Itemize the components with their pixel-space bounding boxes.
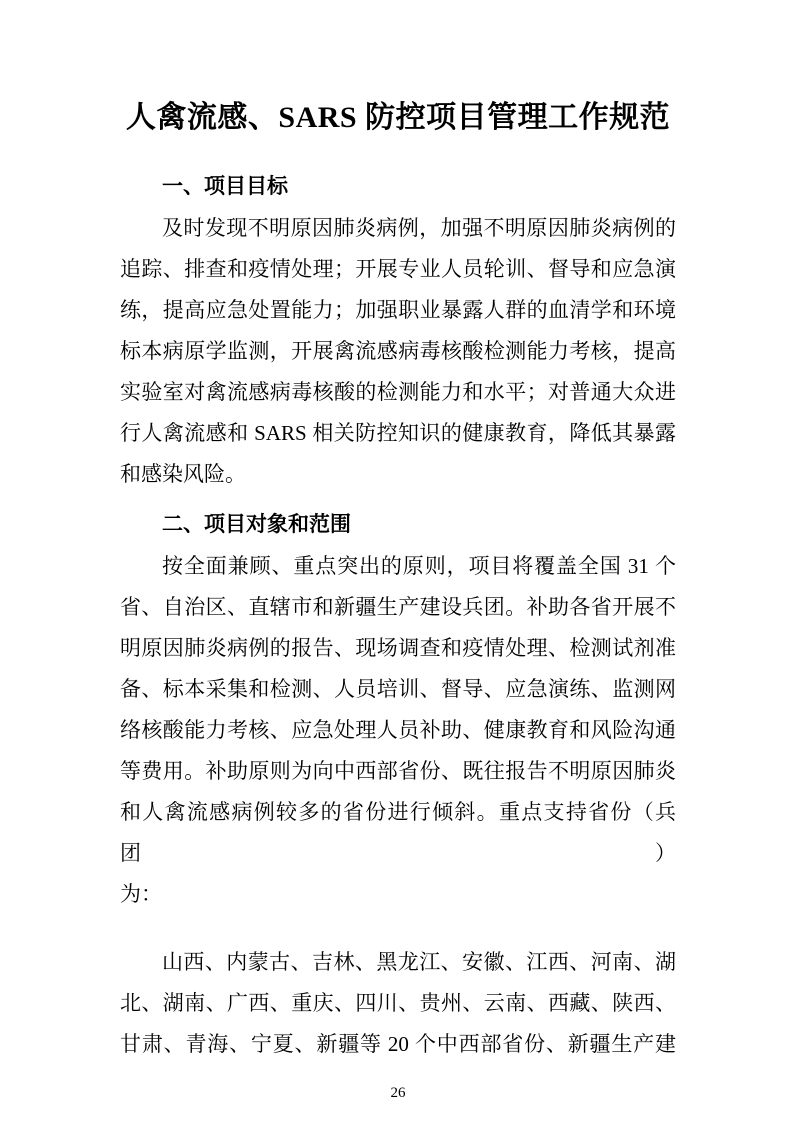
body-line: 行人禽流感和 SARS 相关防控知识的健康教育，降低其暴露 xyxy=(120,413,676,454)
body-line: 省、自治区、直辖市和新疆生产建设兵团。补助各省开展不 xyxy=(120,587,676,628)
document-page: 人禽流感、SARS 防控项目管理工作规范 一、项目目标 及时发现不明原因肺炎病例… xyxy=(0,0,794,1122)
paragraph-project-scope: 按全面兼顾、重点突出的原则，项目将覆盖全国 31 个 省、自治区、直辖市和新疆生… xyxy=(120,546,676,915)
body-line: 追踪、排查和疫情处理；开展专业人员轮训、督导和应急演 xyxy=(120,249,676,290)
body-line: 练，提高应急处置能力；加强职业暴露人群的血清学和环境 xyxy=(120,290,676,331)
body-line: 甘肃、青海、宁夏、新疆等 20 个中西部省份、新疆生产建 xyxy=(120,1024,676,1065)
paragraph-project-goals: 及时发现不明原因肺炎病例，加强不明原因肺炎病例的 追踪、排查和疫情处理；开展专业… xyxy=(120,208,676,495)
body-line: 备、标本采集和检测、人员培训、督导、应急演练、监测网 xyxy=(120,669,676,710)
document-title: 人禽流感、SARS 防控项目管理工作规范 xyxy=(120,96,676,140)
body-line: 北、湖南、广西、重庆、四川、贵州、云南、西藏、陕西、 xyxy=(120,983,676,1024)
body-line: 实验室对禽流感病毒核酸的检测能力和水平；对普通大众进 xyxy=(120,372,676,413)
body-line: 山西、内蒙古、吉林、黑龙江、安徽、江西、河南、湖 xyxy=(120,942,676,983)
body-line: 和人禽流感病例较多的省份进行倾斜。重点支持省份（兵团） xyxy=(120,792,676,874)
body-line: 标本病原学监测，开展禽流感病毒核酸检测能力考核，提高 xyxy=(120,331,676,372)
page-number: 26 xyxy=(120,1082,676,1104)
section-heading-2: 二、项目对象和范围 xyxy=(120,505,676,545)
paragraph-province-list: 山西、内蒙古、吉林、黑龙江、安徽、江西、河南、湖 北、湖南、广西、重庆、四川、贵… xyxy=(120,942,676,1065)
section-heading-1: 一、项目目标 xyxy=(120,167,676,207)
body-line: 按全面兼顾、重点突出的原则，项目将覆盖全国 31 个 xyxy=(120,546,676,587)
body-line: 明原因肺炎病例的报告、现场调查和疫情处理、检测试剂准 xyxy=(120,628,676,669)
body-line: 络核酸能力考核、应急处理人员补助、健康教育和风险沟通 xyxy=(120,710,676,751)
body-line: 及时发现不明原因肺炎病例，加强不明原因肺炎病例的 xyxy=(120,208,676,249)
body-line: 和感染风险。 xyxy=(120,454,676,495)
body-line: 等费用。补助原则为向中西部省份、既往报告不明原因肺炎 xyxy=(120,751,676,792)
body-line: 为： xyxy=(120,874,676,915)
